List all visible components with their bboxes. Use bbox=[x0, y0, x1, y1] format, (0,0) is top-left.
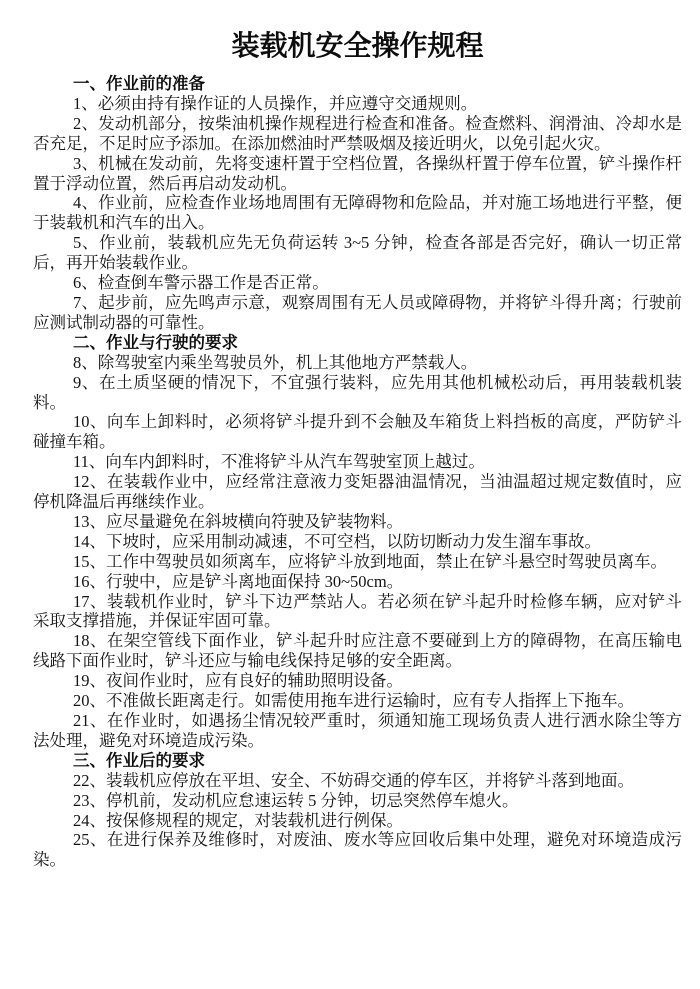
document-page: 装载机安全操作规程 一、作业前的准备1、必须由持有操作证的人员操作，并应遵守交通… bbox=[0, 0, 700, 989]
list-item: 13、应尽量避免在斜坡横向符驶及铲装物料。 bbox=[33, 512, 682, 532]
list-item: 21、在作业时，如遇扬尘情况较严重时，须通知施工现场负责人进行洒水除尘等方法处理… bbox=[33, 711, 682, 751]
section-heading: 二、作业与行驶的要求 bbox=[33, 333, 682, 353]
list-item: 11、向车内卸料时，不准将铲斗从汽车驾驶室顶上越过。 bbox=[33, 452, 682, 472]
list-item: 18、在架空管线下面作业，铲斗起升时应注意不要碰到上方的障碍物，在高压输电线路下… bbox=[33, 631, 682, 671]
list-item: 15、工作中驾驶员如须离车，应将铲斗放到地面，禁止在铲斗悬空时驾驶员离车。 bbox=[33, 552, 682, 572]
list-item: 14、下坡时，应采用制动减速，不可空档，以防切断动力发生溜车事故。 bbox=[33, 532, 682, 552]
list-item: 6、检查倒车警示器工作是否正常。 bbox=[33, 273, 682, 293]
section-heading: 三、作业后的要求 bbox=[33, 751, 682, 771]
list-item: 23、停机前，发动机应怠速运转 5 分钟，切忌突然停车熄火。 bbox=[33, 791, 682, 811]
list-item: 25、在进行保养及维修时，对废油、废水等应回收后集中处理，避免对环境造成污染。 bbox=[33, 830, 682, 870]
list-item: 17、装载机作业时，铲斗下边严禁站人。若必须在铲斗起升时检修车辆，应对铲斗采取支… bbox=[33, 592, 682, 632]
list-item: 2、发动机部分，按柴油机操作规程进行检查和准备。检查燃料、润滑油、冷却水是否充足… bbox=[33, 114, 682, 154]
list-item: 12、在装载作业中，应经常注意液力变矩器油温情况，当油温超过规定数值时，应停机降… bbox=[33, 472, 682, 512]
list-item: 4、作业前，应检查作业场地周围有无障碍物和危险品，并对施工场地进行平整，便于装载… bbox=[33, 193, 682, 233]
list-item: 9、在土质坚硬的情况下，不宜强行装料，应先用其他机械松动后，再用装载机装料。 bbox=[33, 373, 682, 413]
list-item: 22、装载机应停放在平坦、安全、不妨碍交通的停车区，并将铲斗落到地面。 bbox=[33, 771, 682, 791]
list-item: 7、起步前，应先鸣声示意，观察周围有无人员或障碍物，并将铲斗得升离；行驶前应测试… bbox=[33, 293, 682, 333]
list-item: 3、机械在发动前，先将变速杆置于空档位置，各操纵杆置于停车位置，铲斗操作杆置于浮… bbox=[33, 154, 682, 194]
list-item: 8、除驾驶室内乘坐驾驶员外，机上其他地方严禁载人。 bbox=[33, 353, 682, 373]
list-item: 10、向车上卸料时，必须将铲斗提升到不会触及车箱货上料挡板的高度，严防铲斗碰撞车… bbox=[33, 412, 682, 452]
document-body: 一、作业前的准备1、必须由持有操作证的人员操作，并应遵守交通规则。2、发动机部分… bbox=[33, 74, 682, 870]
document-title: 装载机安全操作规程 bbox=[33, 30, 682, 64]
list-item: 24、按保修规程的规定，对装载机进行例保。 bbox=[33, 811, 682, 831]
list-item: 5、作业前，装载机应先无负荷运转 3~5 分钟，检查各部是否完好，确认一切正常后… bbox=[33, 233, 682, 273]
list-item: 1、必须由持有操作证的人员操作，并应遵守交通规则。 bbox=[33, 94, 682, 114]
list-item: 16、行驶中，应是铲斗离地面保持 30~50cm。 bbox=[33, 572, 682, 592]
list-item: 19、夜间作业时，应有良好的辅助照明设备。 bbox=[33, 671, 682, 691]
list-item: 20、不准做长距离走行。如需使用拖车进行运输时，应有专人指挥上下拖车。 bbox=[33, 691, 682, 711]
section-heading: 一、作业前的准备 bbox=[33, 74, 682, 94]
